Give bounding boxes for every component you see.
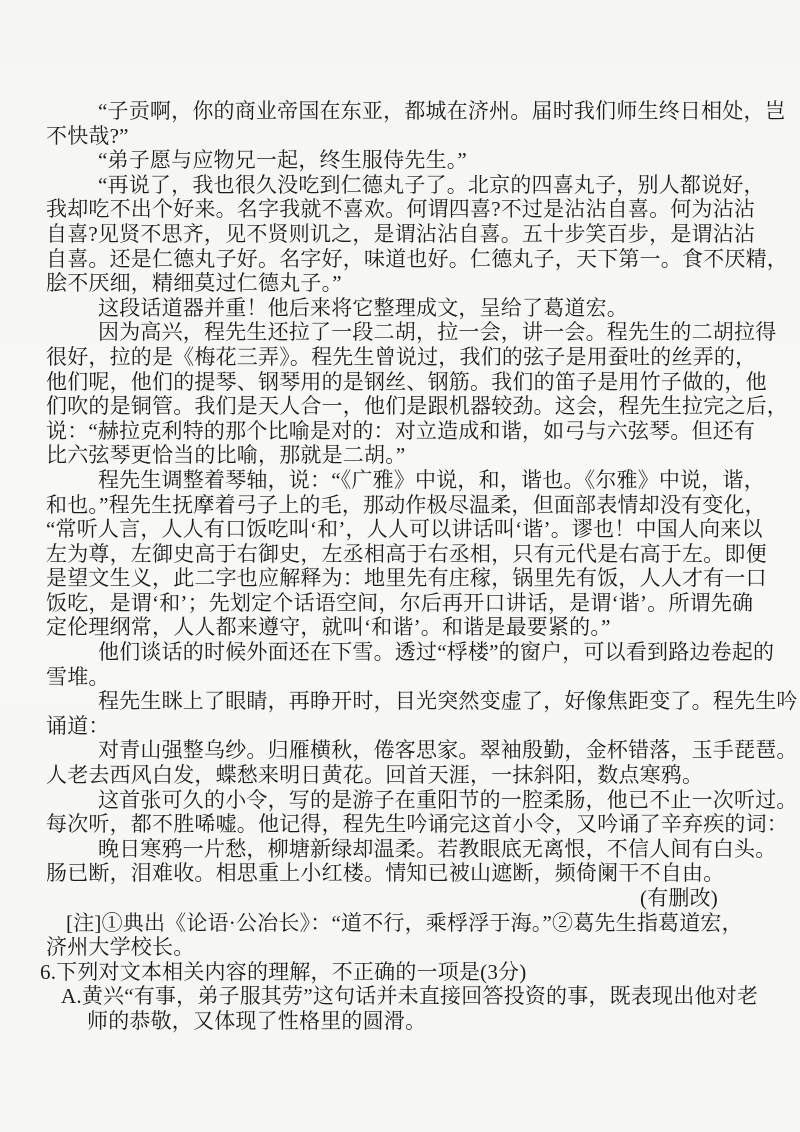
passage-line: 这段话道器并重！他后来将它整理成文，呈给了葛道宏。 [46,296,758,321]
poem-line: 晚日寒鸦一片愁，柳塘新绿却温柔。若教眼底无离恨，不信人间有白头。 [46,837,758,862]
passage-line: 我却吃不出个好来。名字我就不喜欢。何谓四喜?不过是沾沾自喜。何为沾沾 [46,197,758,222]
attribution: (有删改) [46,886,758,911]
passage-line: “再说了，我也很久没吃到仁德丸子了。北京的四喜丸子，别人都说好， [46,173,758,198]
passage-line: “常听人言，人人有口饭吃叫‘和’，人人可以讲话叫‘谐’。谬也！中国人向来以 [46,517,758,542]
passage-line: 每次听，都不胜唏嘘。他记得，程先生吟诵完这首小令，又吟诵了辛弃疾的词： [46,812,758,837]
footnote-line: 济州大学校长。 [46,935,758,960]
passage-line: 程先生调整着琴轴，说：“《广雅》中说，和，谐也。《尔雅》中说，谐， [46,468,758,493]
passage-line: 雪堆。 [46,665,758,690]
footnote-line: [注]①典出《论语·公冶长》：“道不行，乘桴浮于海。”②葛先生指葛道宏， [46,911,758,936]
passage-line: 这首张可久的小令，写的是游子在重阳节的一腔柔肠，他已不止一次听过。 [46,788,758,813]
passage-line: 比六弦琴更恰当的比喻，那就是二胡。” [46,443,758,468]
passage-line: 定伦理纲常，人人都来遵守，就叫‘和谐’。和谐是最要紧的。” [46,615,758,640]
passage-line: “弟子愿与应物兄一起，终生服侍先生。” [46,148,758,173]
passage-line: 诵道： [46,714,758,739]
passage-line: 程先生眯上了眼睛，再睁开时，目光突然变虚了，好像焦距变了。程先生吟 [46,689,758,714]
passage-line: 脍不厌细，精细莫过仁德丸子。” [46,271,758,296]
option-a-line: 师的恭敬，又体现了性格里的圆滑。 [46,1009,758,1034]
passage-text-block: “子贡啊，你的商业帝国在东亚，都城在济州。届时我们师生终日相处，岂不快哉?”“弟… [0,0,800,1034]
passage-line: 是望文生义，此二字也应解释为：地里先有庄稼，锅里先有饭，人人才有一口 [46,566,758,591]
passage-line: 很好，拉的是《梅花三弄》。程先生曾说过，我们的弦子是用蚕吐的丝弄的， [46,345,758,370]
poem-line: 肠已断，泪难收。相思重上小红楼。情知已被山遮断，频倚阑干不自由。 [46,861,758,886]
poem-line: 对青山强整乌纱。归雁横秋，倦客思家。翠袖殷勤，金杯错落，玉手琵琶。 [46,738,758,763]
passage-line: 不快哉?” [46,124,758,149]
passage-line: 自喜?见贤不思齐，见不贤则讥之，是谓沾沾自喜。五十步笑百步，是谓沾沾 [46,222,758,247]
poem-line: 人老去西风白发，蝶愁来明日黄花。回首天涯，一抹斜阳，数点寒鸦。 [46,763,758,788]
passage-line: “子贡啊，你的商业帝国在东亚，都城在济州。届时我们师生终日相处，岂 [46,99,758,124]
passage-line: 自喜。还是仁德丸子好。名字好，味道也好。仁德丸子，天下第一。食不厌精， [46,247,758,272]
passage-line: 饭吃，是谓‘和’；先划定个话语空间，尔后再开口讲话，是谓‘谐’。所谓先确 [46,591,758,616]
passage-line: 因为高兴，程先生还拉了一段二胡，拉一会，讲一会。程先生的二胡拉得 [46,320,758,345]
passage-line: 左为尊，左御史高于右御史，左丞相高于右丞相，只有元代是右高于左。即便 [46,542,758,567]
option-a-line: A.黄兴“有事，弟子服其劳”这句话并未直接回答投资的事，既表现出他对老 [46,984,758,1009]
passage-line: 和也。”程先生抚摩着弓子上的毛，那动作极尽温柔，但面部表情却没有变化， [46,493,758,518]
passage-line: 们吹的是铜管。我们是天人合一，他们是跟机器较劲。这会，程先生拉完之后， [46,394,758,419]
passage-line: 说：“赫拉克利特的那个比喻是对的：对立造成和谐，如弓与六弦琴。但还有 [46,419,758,444]
document-page: “子贡啊，你的商业帝国在东亚，都城在济州。届时我们师生终日相处，岂不快哉?”“弟… [0,0,800,1132]
passage-line: 他们谈话的时候外面还在下雪。透过“桴楼”的窗户，可以看到路边卷起的 [46,640,758,665]
question-stem: 6.下列对文本相关内容的理解，不正确的一项是(3分) [40,960,758,985]
passage-line: 他们呢，他们的提琴、钢琴用的是钢丝、钢筋。我们的笛子是用竹子做的，他 [46,370,758,395]
